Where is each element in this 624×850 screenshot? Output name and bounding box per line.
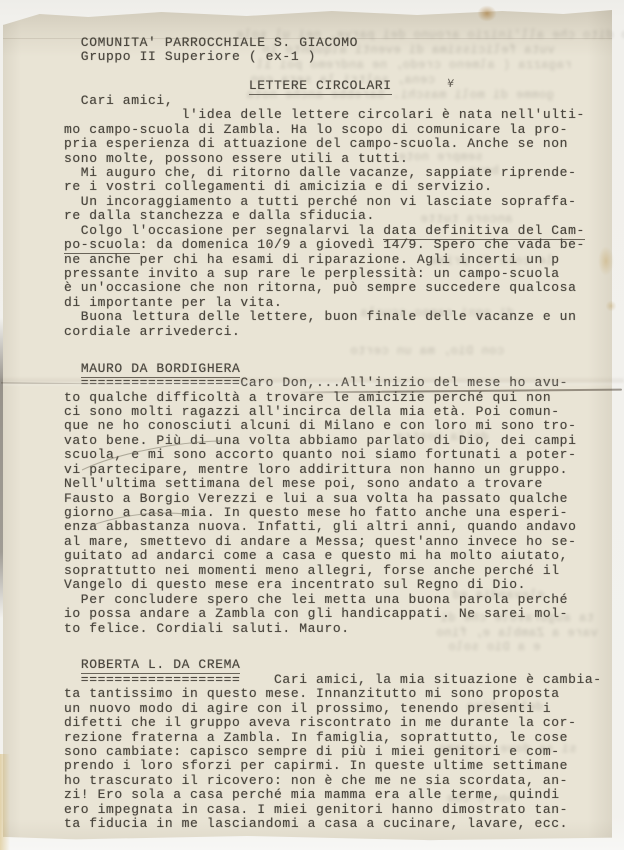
text-line: Cari amici, [64,94,616,108]
text-line: soprattutto nei momenti meno allegri, fo… [64,564,616,578]
stain [606,300,616,312]
stain [598,246,614,276]
text-line: sono cambiate: capisco sempre di più i m… [64,745,616,759]
text-line: scuola, e mi sono accorto quanto noi sia… [64,448,616,462]
blank-line [64,65,616,79]
text-line: ne anche per chi ha esami di riparazione… [64,253,616,267]
text-segment [64,361,81,376]
text-line: Nell'ultima settimana del mese poi, sono… [64,477,616,491]
text-line: po-scuola: da domenica 10/9 a giovedì 14… [64,238,616,252]
text-line: ci sono molti ragazzi all'incirca della … [64,405,616,419]
text-line: COMUNITA' PARROCCHIALE S. GIACOMO [64,36,616,50]
text-line: io possa andare a Zambla con gli handica… [64,607,616,621]
text-line: prendo i loro sforzi per capirmi. In que… [64,759,616,773]
text-line: ho trascurato il ricovero: non è che me … [64,774,616,788]
text-segment [64,78,249,93]
text-line: al mare, smettevo di andare a Messa; que… [64,535,616,549]
text-line: difetti che il gruppo aveva riscontrato … [64,716,616,730]
section-heading: ROBERTA L. DA CREMA [64,658,616,672]
text-line: =================== Cari amici, la mia s… [64,673,616,687]
crease-shadow [0,377,624,386]
text-line: l'idea delle lettere circolari è nata ne… [64,108,616,122]
text-line: è un'occasione che non ritorna, può semp… [64,281,616,295]
text-line: LETTERE CIRCOLARI [64,79,616,93]
text-line: cordiale arrivederci. [64,325,616,339]
text-line: giorno a casa mia. In questo mese ho fat… [64,506,616,520]
text-line: Gruppo II Superiore ( ex-1 ) [64,50,616,64]
text-line: ero impegnata in casa. I miei genitori h… [64,803,616,817]
text-line: re i vostri collegamenti di amicizia e d… [64,180,616,194]
blank-line [64,339,616,353]
text-line: Un incoraggiamento a tutti perché non vi… [64,195,616,209]
text-line: Buona lettura delle lettere, buon finale… [64,310,616,324]
text-line: mo campo-scuola di Zambla. Ha lo scopo d… [64,123,616,137]
text-segment: : da domenica 10/9 a giovedì 14/9. Spero… [140,237,585,252]
text-line: vi partecipare, mentre loro addirittura … [64,463,616,477]
text-line: Per concludere spero che lei metta una b… [64,593,616,607]
text-line: un nuovo modo di agire con il prossimo, … [64,702,616,716]
document-text: COMUNITA' PARROCCHIALE S. GIACOMO Gruppo… [64,36,616,832]
text-line: to qualche difficoltà a trovare le amici… [64,391,616,405]
text-line: Mi auguro che, di ritorno dalle vacanze,… [64,166,616,180]
text-line: ta fiducia in me lasciandomi a casa a cu… [64,817,616,831]
text-line: rezione fraterna a Zambla. In famiglia, … [64,731,616,745]
text-line: zi! Ero sola a casa perché mia mamma era… [64,788,616,802]
section-heading: MAURO DA BORDIGHERA [64,362,616,376]
text-line: enza abbastanza nuova. Infatti, gli altr… [64,520,616,534]
underlined-text: LETTERE CIRCOLARI [249,78,392,95]
blank-line [64,636,616,650]
stain [477,5,497,22]
page-edge-shadow [0,318,3,618]
text-line: Fausto a Borgio Verezzi e lui a sua volt… [64,492,616,506]
text-segment [64,657,81,672]
text-line: que ne ho conosciuti alcuni di Milano e … [64,419,616,433]
text-line: ta tantissimo in questo mese. Innanzitut… [64,687,616,701]
text-line: pria esperienza di attuazione del campo-… [64,137,616,151]
text-line: di importante per la vita. [64,296,616,310]
text-line: guitato ad andarci come a casa e questo … [64,549,616,563]
text-line: Vangelo di questo mese era incentrato su… [64,578,616,592]
text-segment: Colgo l'occasione per segnalarvi la [64,223,383,238]
text-line: Colgo l'occasione per segnalarvi la data… [64,224,616,238]
text-line: sono molte, possono essere utili a tutti… [64,152,616,166]
stain [0,754,10,850]
text-line: pressante invito a sup rare le perplessi… [64,267,616,281]
pen-mark: ¥ [446,77,454,91]
text-line: re dalla stanchezza e dalla sfiducia. [64,209,616,223]
text-line: to felice. Cordiali saluti. Mauro. [64,622,616,636]
text-line: vato bene. Più di una volta abbiamo parl… [64,434,616,448]
